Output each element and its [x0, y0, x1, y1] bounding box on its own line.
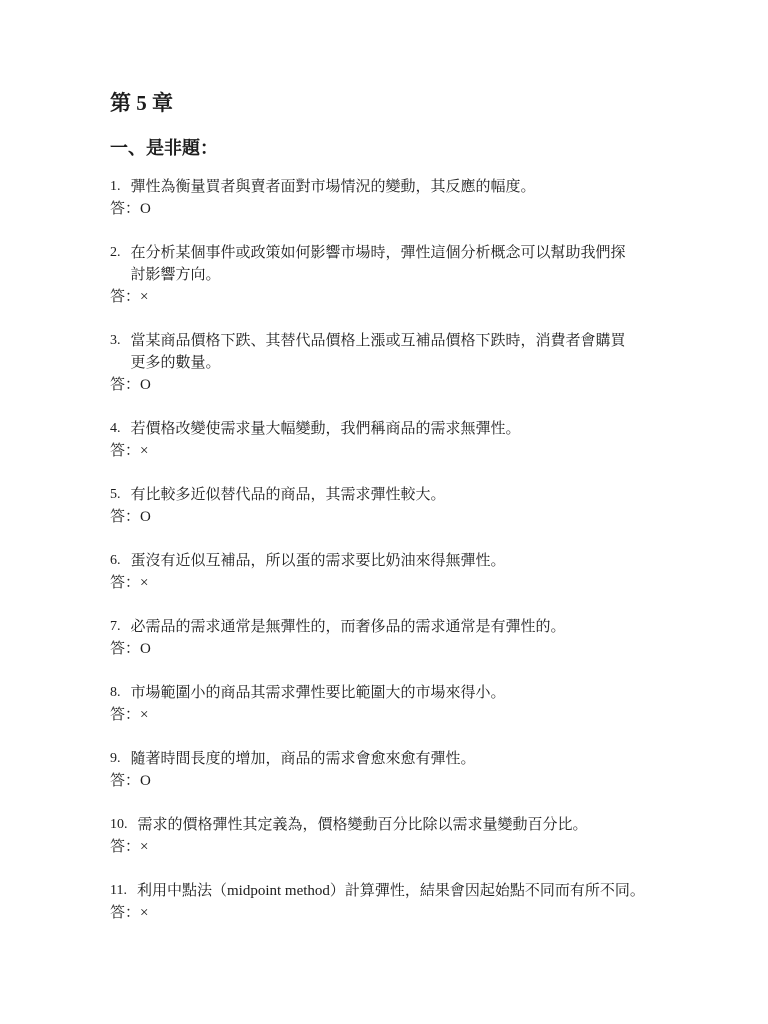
answer-label: 答：: [110, 707, 140, 723]
question-row: 3. 當某商品價格下跌、其替代品價格上漲或互補品價格下跌時，消費者會購買更多的數…: [110, 330, 668, 374]
answer-label: 答：: [110, 289, 140, 305]
question-text: 有比較多近似替代品的商品，其需求彈性較大。: [131, 484, 446, 506]
section-heading: 一、是非題：: [110, 136, 668, 160]
question-text: 隨著時間長度的增加，商品的需求會愈來愈有彈性。: [131, 748, 476, 770]
answer-row: 答：O: [110, 770, 668, 792]
question-text: 若價格改變使需求量大幅變動，我們稱商品的需求無彈性。: [131, 418, 521, 440]
answer-row: 答：×: [110, 836, 668, 858]
question-number: 7.: [110, 616, 121, 638]
question-block: 10. 需求的價格彈性其定義為，價格變動百分比除以需求量變動百分比。 答：×: [110, 814, 668, 858]
question-block: 6. 蛋沒有近似互補品，所以蛋的需求要比奶油來得無彈性。 答：×: [110, 550, 668, 594]
question-line: 蛋沒有近似互補品，所以蛋的需求要比奶油來得無彈性。: [131, 550, 506, 572]
answer-row: 答：×: [110, 572, 668, 594]
answer-row: 答：O: [110, 198, 668, 220]
answer-mark: O: [140, 773, 151, 789]
answer-label: 答：: [110, 575, 140, 591]
question-block: 11. 利用中點法（midpoint method）計算彈性，結果會因起始點不同…: [110, 880, 668, 924]
question-row: 6. 蛋沒有近似互補品，所以蛋的需求要比奶油來得無彈性。: [110, 550, 668, 572]
answer-row: 答：O: [110, 506, 668, 528]
answer-mark: ×: [140, 707, 148, 723]
question-text: 市場範圍小的商品其需求彈性要比範圍大的市場來得小。: [131, 682, 506, 704]
question-number: 9.: [110, 748, 121, 770]
question-row: 9. 隨著時間長度的增加，商品的需求會愈來愈有彈性。: [110, 748, 668, 770]
answer-mark: ×: [140, 443, 148, 459]
question-text: 需求的價格彈性其定義為，價格變動百分比除以需求量變動百分比。: [138, 814, 588, 836]
answer-mark: O: [140, 509, 151, 525]
answer-row: 答：×: [110, 286, 668, 308]
question-text: 必需品的需求通常是無彈性的，而奢侈品的需求通常是有彈性的。: [131, 616, 566, 638]
answer-label: 答：: [110, 773, 140, 789]
question-number: 2.: [110, 242, 121, 264]
question-list: 1. 彈性為衡量買者與賣者面對市場情況的變動，其反應的幅度。 答：O 2. 在分…: [110, 176, 668, 924]
question-line: 需求的價格彈性其定義為，價格變動百分比除以需求量變動百分比。: [138, 814, 588, 836]
question-number: 5.: [110, 484, 121, 506]
answer-row: 答：×: [110, 704, 668, 726]
question-line: 隨著時間長度的增加，商品的需求會愈來愈有彈性。: [131, 748, 476, 770]
question-text: 利用中點法（midpoint method）計算彈性，結果會因起始點不同而有所不…: [137, 880, 645, 902]
question-block: 2. 在分析某個事件或政策如何影響市場時，彈性這個分析概念可以幫助我們探討影響方…: [110, 242, 668, 308]
question-line: 討影響方向。: [131, 264, 626, 286]
question-row: 11. 利用中點法（midpoint method）計算彈性，結果會因起始點不同…: [110, 880, 668, 902]
answer-label: 答：: [110, 509, 140, 525]
question-row: 7. 必需品的需求通常是無彈性的，而奢侈品的需求通常是有彈性的。: [110, 616, 668, 638]
answer-row: 答：O: [110, 638, 668, 660]
question-block: 9. 隨著時間長度的增加，商品的需求會愈來愈有彈性。 答：O: [110, 748, 668, 792]
document-page: 第 5 章 一、是非題： 1. 彈性為衡量買者與賣者面對市場情況的變動，其反應的…: [0, 0, 768, 1024]
question-number: 4.: [110, 418, 121, 440]
question-block: 1. 彈性為衡量買者與賣者面對市場情況的變動，其反應的幅度。 答：O: [110, 176, 668, 220]
question-number: 8.: [110, 682, 121, 704]
chapter-title: 第 5 章: [110, 90, 668, 116]
answer-mark: ×: [140, 575, 148, 591]
question-line: 若價格改變使需求量大幅變動，我們稱商品的需求無彈性。: [131, 418, 521, 440]
question-line: 市場範圍小的商品其需求彈性要比範圍大的市場來得小。: [131, 682, 506, 704]
question-row: 1. 彈性為衡量買者與賣者面對市場情況的變動，其反應的幅度。: [110, 176, 668, 198]
question-number: 10.: [110, 814, 128, 836]
answer-label: 答：: [110, 905, 140, 921]
question-row: 8. 市場範圍小的商品其需求彈性要比範圍大的市場來得小。: [110, 682, 668, 704]
question-line: 更多的數量。: [131, 352, 626, 374]
question-line: 彈性為衡量買者與賣者面對市場情況的變動，其反應的幅度。: [131, 176, 536, 198]
answer-mark: ×: [140, 289, 148, 305]
answer-label: 答：: [110, 839, 140, 855]
answer-label: 答：: [110, 201, 140, 217]
question-block: 7. 必需品的需求通常是無彈性的，而奢侈品的需求通常是有彈性的。 答：O: [110, 616, 668, 660]
question-line: 利用中點法（midpoint method）計算彈性，結果會因起始點不同而有所不…: [137, 880, 645, 902]
question-number: 6.: [110, 550, 121, 572]
question-row: 4. 若價格改變使需求量大幅變動，我們稱商品的需求無彈性。: [110, 418, 668, 440]
question-number: 3.: [110, 330, 121, 352]
question-block: 8. 市場範圍小的商品其需求彈性要比範圍大的市場來得小。 答：×: [110, 682, 668, 726]
question-line: 當某商品價格下跌、其替代品價格上漲或互補品價格下跌時，消費者會購買: [131, 330, 626, 352]
question-row: 5. 有比較多近似替代品的商品，其需求彈性較大。: [110, 484, 668, 506]
question-block: 4. 若價格改變使需求量大幅變動，我們稱商品的需求無彈性。 答：×: [110, 418, 668, 462]
answer-mark: ×: [140, 839, 148, 855]
question-text: 在分析某個事件或政策如何影響市場時，彈性這個分析概念可以幫助我們探討影響方向。: [131, 242, 626, 286]
answer-label: 答：: [110, 377, 140, 393]
question-line: 必需品的需求通常是無彈性的，而奢侈品的需求通常是有彈性的。: [131, 616, 566, 638]
question-number: 1.: [110, 176, 121, 198]
question-row: 10. 需求的價格彈性其定義為，價格變動百分比除以需求量變動百分比。: [110, 814, 668, 836]
answer-row: 答：×: [110, 440, 668, 462]
answer-label: 答：: [110, 443, 140, 459]
answer-mark: ×: [140, 905, 148, 921]
question-block: 3. 當某商品價格下跌、其替代品價格上漲或互補品價格下跌時，消費者會購買更多的數…: [110, 330, 668, 396]
answer-mark: O: [140, 641, 151, 657]
question-line: 在分析某個事件或政策如何影響市場時，彈性這個分析概念可以幫助我們探: [131, 242, 626, 264]
question-block: 5. 有比較多近似替代品的商品，其需求彈性較大。 答：O: [110, 484, 668, 528]
question-line: 有比較多近似替代品的商品，其需求彈性較大。: [131, 484, 446, 506]
question-text: 彈性為衡量買者與賣者面對市場情況的變動，其反應的幅度。: [131, 176, 536, 198]
question-text: 當某商品價格下跌、其替代品價格上漲或互補品價格下跌時，消費者會購買更多的數量。: [131, 330, 626, 374]
answer-row: 答：O: [110, 374, 668, 396]
answer-mark: O: [140, 377, 151, 393]
question-row: 2. 在分析某個事件或政策如何影響市場時，彈性這個分析概念可以幫助我們探討影響方…: [110, 242, 668, 286]
question-number: 11.: [110, 880, 127, 902]
answer-mark: O: [140, 201, 151, 217]
question-text: 蛋沒有近似互補品，所以蛋的需求要比奶油來得無彈性。: [131, 550, 506, 572]
answer-label: 答：: [110, 641, 140, 657]
answer-row: 答：×: [110, 902, 668, 924]
